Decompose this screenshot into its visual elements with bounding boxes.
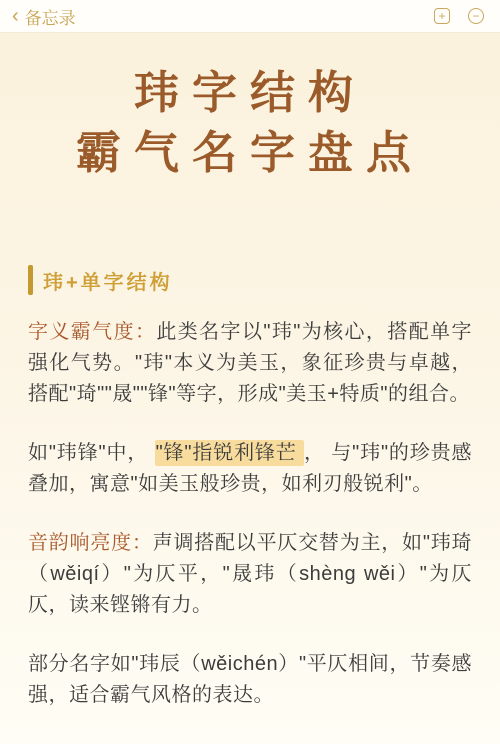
paragraph-meaning-label: 字义霸气度： — [28, 321, 156, 343]
notes-app-window: ‹ 备忘录 + − 玮字结构 霸气名字盘点 玮+单字结构 字义霸气度：此类名字以… — [0, 0, 500, 744]
note-content-area: 玮字结构 霸气名字盘点 玮+单字结构 字义霸气度：此类名字以"玮"为核心，搭配单… — [0, 33, 500, 744]
highlighted-phrase: "锋"指锐利锋芒 — [155, 440, 304, 466]
paragraph-rhythm: 部分名字如"玮辰（wěichén）"平仄相间，节奏感强，适合霸气风格的表达。 — [28, 649, 472, 711]
paragraph-example-before: 如"玮锋"中， — [28, 442, 155, 464]
paragraph-rhythm-text: 部分名字如"玮辰（wěichén）"平仄相间，节奏感强，适合霸气风格的表达。 — [28, 653, 472, 706]
back-button[interactable]: ‹ 备忘录 — [12, 4, 76, 29]
compose-note-icon[interactable]: + — [434, 8, 450, 24]
note-title: 玮字结构 霸气名字盘点 — [28, 63, 472, 183]
back-button-label: 备忘录 — [25, 4, 76, 29]
top-navigation-bar: ‹ 备忘录 + − — [0, 0, 500, 33]
back-chevron-icon: ‹ — [12, 6, 19, 26]
section-title: 玮+单字结构 — [43, 266, 173, 295]
topbar-actions: + − — [434, 8, 484, 24]
minimize-circle-icon[interactable]: − — [468, 8, 484, 24]
paragraph-phonetics: 音韵响亮度：声调搭配以平仄交替为主，如"玮琦（wěiqí）"为仄平，"晟玮（sh… — [28, 528, 472, 621]
paragraph-phonetics-label: 音韵响亮度： — [28, 532, 153, 554]
paragraph-example: 如"玮锋"中， "锋"指锐利锋芒 ， 与"玮"的珍贵感叠加，寓意"如美玉般珍贵，… — [28, 438, 472, 500]
section-accent-bar — [28, 265, 33, 295]
note-title-line2: 霸气名字盘点 — [28, 123, 472, 183]
section-header: 玮+单字结构 — [28, 265, 472, 295]
note-title-line1: 玮字结构 — [28, 63, 472, 123]
paragraph-meaning: 字义霸气度：此类名字以"玮"为核心，搭配单字强化气势。"玮"本义为美玉，象征珍贵… — [28, 317, 472, 410]
